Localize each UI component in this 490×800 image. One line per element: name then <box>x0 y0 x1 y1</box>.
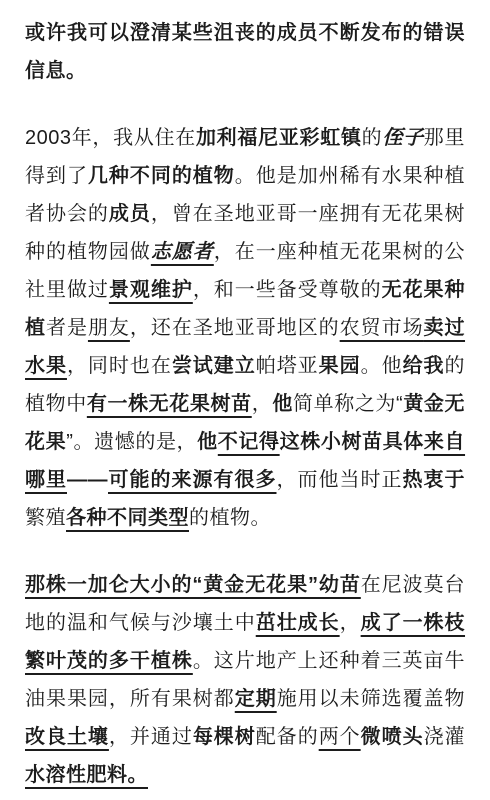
text-segment: ，和一些备受尊敬的 <box>193 279 382 301</box>
inline-link[interactable]: 茁壮成长 <box>256 612 340 634</box>
text-segment: 他 <box>272 393 293 415</box>
text-segment: 果园 <box>319 355 361 377</box>
inline-link[interactable]: 志愿者 <box>151 241 214 263</box>
inline-link[interactable]: 有一株无花果树苗 <box>87 393 252 415</box>
text-segment: 他 <box>197 431 218 453</box>
inline-link[interactable]: 各种不同类型 <box>66 507 189 529</box>
text-segment: ”。遗憾的是， <box>66 431 197 453</box>
paragraph: 或许我可以澄清某些沮丧的成员不断发布的错误信息。 <box>25 14 465 90</box>
page: 或许我可以澄清某些沮丧的成员不断发布的错误信息。2003年，我从住在加利福尼亚彩… <box>0 0 490 800</box>
text-segment: 。他 <box>361 355 403 377</box>
text-segment: 简单称之为“ <box>293 393 403 415</box>
text-segment: 2003年，我从住在 <box>25 127 196 149</box>
text-segment: 的 <box>362 127 383 149</box>
text-segment: ，同时也在 <box>67 355 172 377</box>
inline-link[interactable]: 农贸市场 <box>340 317 424 339</box>
text-segment: 这株小树苗具体 <box>280 431 424 453</box>
inline-link[interactable]: 改良土壤 <box>25 726 109 748</box>
text-segment: 者是 <box>46 317 88 339</box>
text-segment: —— <box>67 469 108 491</box>
inline-link[interactable]: 定期 <box>235 688 277 710</box>
inline-link[interactable]: 景观维护 <box>109 279 193 301</box>
text-segment: 几种不同的植物 <box>88 165 235 187</box>
article-body: 或许我可以澄清某些沮丧的成员不断发布的错误信息。2003年，我从住在加利福尼亚彩… <box>0 0 490 794</box>
text-segment: 配备的 <box>256 726 319 748</box>
text-segment: ，并通过 <box>109 726 193 748</box>
text-segment: ， <box>340 612 361 634</box>
text-segment: 施用以未筛选覆盖物 <box>277 688 465 710</box>
text-segment: 侄子 <box>382 127 423 149</box>
text-segment: ，而他当时正 <box>277 469 403 491</box>
text-segment: 的植物。 <box>189 507 271 529</box>
paragraph: 那株一加仑大小的“黄金无花果”幼苗在尼波莫台地的温和气候与沙壤土中茁壮成长，成了… <box>25 566 465 794</box>
text-segment: 成员 <box>109 203 151 225</box>
paragraph: 2003年，我从住在加利福尼亚彩虹镇的侄子那里得到了几种不同的植物。他是加州稀有… <box>25 119 465 537</box>
text-segment: ，还在圣地亚哥地区的 <box>130 317 340 339</box>
inline-link[interactable]: 那株一加仑大小的“黄金无花果”幼苗 <box>25 574 361 596</box>
text-segment: 给我 <box>403 355 445 377</box>
text-segment: 尝试建立 <box>172 355 256 377</box>
text-segment: 或许我可以澄清某些沮丧的成员不断发布的错误信息。 <box>25 22 465 82</box>
text-segment: 加利福尼亚彩虹镇 <box>196 127 362 149</box>
inline-link[interactable]: 不记得 <box>218 431 280 453</box>
text-segment: 浇灌 <box>424 726 465 748</box>
inline-link[interactable]: 两个 <box>319 726 361 748</box>
inline-link[interactable]: 可能的来源有很多 <box>108 469 277 491</box>
text-segment: 热衷于 <box>403 469 466 491</box>
text-segment: 微喷头 <box>361 726 424 748</box>
text-segment: ， <box>252 393 273 415</box>
text-segment: 每棵树 <box>193 726 256 748</box>
text-segment: 帕塔亚 <box>256 355 319 377</box>
inline-link[interactable]: 朋友 <box>88 317 130 339</box>
text-segment: 繁殖 <box>25 507 66 529</box>
inline-link[interactable]: 水溶性肥料。 <box>25 764 148 786</box>
